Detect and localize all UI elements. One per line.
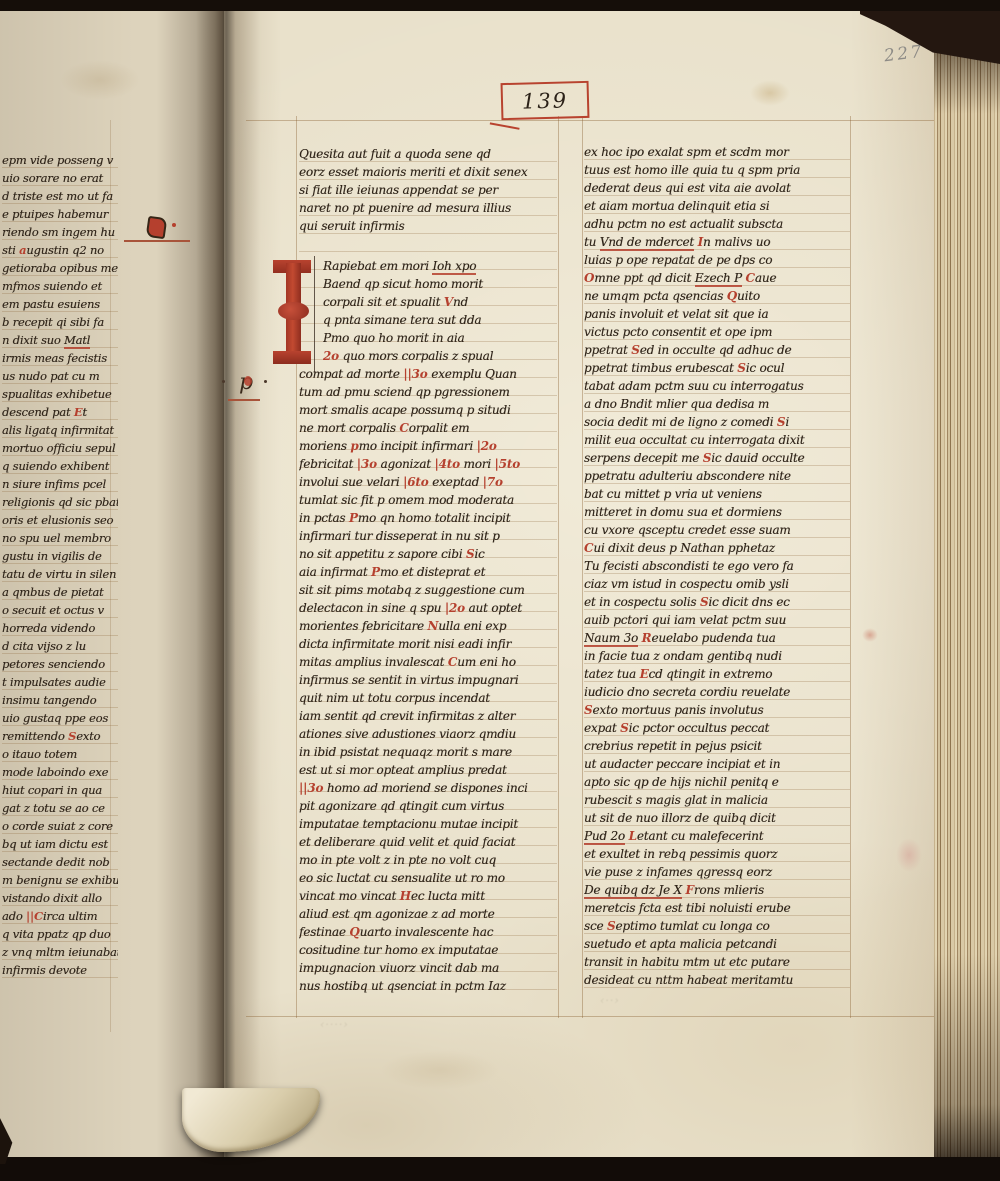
manuscript-line: suetudo et apta malicia petcandi <box>584 936 850 954</box>
manuscript-line: a dno Bndit mlier qua dedisa m <box>584 396 850 414</box>
manuscript-line: getioraba opibus me <box>2 260 118 278</box>
manuscript-line: tatez tua Ecd qtingit in extremo <box>584 666 850 684</box>
manuscript-line: o itauo totem <box>2 746 118 764</box>
manuscript-line: mo in pte volt z in pte no volt cuq <box>299 852 557 870</box>
manuscript-line: Baend qp sicut homo morit <box>323 276 557 294</box>
manuscript-line: naret no pt puenire ad mesura illius <box>299 200 557 218</box>
manuscript-line: uio sorare no erat <box>2 170 118 188</box>
manuscript-line: bq ut iam dictu est <box>2 836 118 854</box>
manuscript-line: q pnta simane tera sut dda <box>323 312 557 330</box>
manuscript-line: delectacon in sine q spu |2o aut optet <box>299 600 557 618</box>
manuscript-line: in ibid psistat nequaqz morit s mare <box>299 744 557 762</box>
chapter-text: Rapiebat em mori Ioh xpoBaend qp sicut h… <box>299 258 557 996</box>
manuscript-line: infirmis devote <box>2 962 118 980</box>
manuscript-line: involui sue velari |6to exeptad |7o <box>299 474 557 492</box>
manuscript-line: et in cospectu solis Sic dicit dns ec <box>584 594 850 612</box>
manuscript-line: expat Sic pctor occultus peccat <box>584 720 850 738</box>
manuscript-line: z vnq mltm ieiunabat <box>2 944 118 962</box>
manuscript-line: ex hoc ipo exalat spm et scdm mor <box>584 144 850 162</box>
manuscript-line: aia infirmat Pmo et disteprat et <box>299 564 557 582</box>
red-blob <box>244 376 252 386</box>
manuscript-line: est ut si mor opteat amplius predat <box>299 762 557 780</box>
verso-show-through: ‹··› <box>600 994 620 1007</box>
chapter-block: I Rapiebat em mori Ioh xpoBaend qp sicut… <box>299 258 557 996</box>
manuscript-line: et exultet in rebq pessimis quorz <box>584 846 850 864</box>
manuscript-line: rubescit s magis glat in malicia <box>584 792 850 810</box>
bottom-ruling-line <box>246 1016 934 1017</box>
manuscript-line: horreda videndo <box>2 620 118 638</box>
manuscript-line: tuus est homo ille quia tu q spm pria <box>584 162 850 180</box>
manuscript-line: Naum 3o Reuelabo pudenda tua <box>584 630 850 648</box>
column-ruling-line <box>850 116 851 1018</box>
manuscript-line: mitteret in domu sua et dormiens <box>584 504 850 522</box>
manuscript-line: o secuit et octus v <box>2 602 118 620</box>
manuscript-line: dederat deus qui est vita aie avolat <box>584 180 850 198</box>
manuscript-line: eorz esset maioris meriti et dixit senex <box>299 164 557 182</box>
manuscript-line: eo sic luctat cu sensualite ut ro mo <box>299 870 557 888</box>
manuscript-line: o corde suiat z core <box>2 818 118 836</box>
margin-signature-mark: p <box>224 370 268 420</box>
photo-background-bottom <box>0 1157 1000 1181</box>
manuscript-line: vistando dixit allo <box>2 890 118 908</box>
manuscript-line: desideat cu nttm habeat meritamtu <box>584 972 850 990</box>
manuscript-line: cu vxore qsceptu credet esse suam <box>584 522 850 540</box>
manuscript-line: religionis qd sic pbat <box>2 494 118 512</box>
manuscript-line: iam sentit qd crevit infirmitas z alter <box>299 708 557 726</box>
manuscript-line: mfmos suiendo et <box>2 278 118 296</box>
manuscript-line: serpens decepit me Sic dauid occulte <box>584 450 850 468</box>
manuscript-line: milit eua occultat cu interrogata dixit <box>584 432 850 450</box>
manuscript-line: em pastu esuiens <box>2 296 118 314</box>
manuscript-line: ||3o homo ad moriend se dispones inci <box>299 780 557 798</box>
manuscript-line: ut sit de nuo illorz de quibq dicit <box>584 810 850 828</box>
manuscript-line: mitas amplius invalescat Cum eni ho <box>299 654 557 672</box>
manuscript-line: impugnacion viuorz vincit dab ma <box>299 960 557 978</box>
manuscript-line: infirmus se sentit in virtus impugnari <box>299 672 557 690</box>
manuscript-line: n siure infims pcel <box>2 476 118 494</box>
manuscript-line: quit nim ut totu corpus incendat <box>299 690 557 708</box>
manuscript-line: Pud 2o Letant cu malefecerint <box>584 828 850 846</box>
manuscript-line: moriens pmo incipit infirmari |2o <box>299 438 557 456</box>
manuscript-line: riendo sm ingem hu <box>2 224 118 242</box>
manuscript-line: Quesita aut fuit a quoda sene qd <box>299 146 557 164</box>
manuscript-line: infirmari tur disseperat in nu sit p <box>299 528 557 546</box>
manuscript-line: ationes sive adustiones viaorz qmdiu <box>299 726 557 744</box>
manuscript-line: n dixit suo Matl <box>2 332 118 350</box>
manuscript-line: insimu tangendo <box>2 692 118 710</box>
column-ruling-line <box>558 116 559 1018</box>
manuscript-line: ciaz vm istud in cospectu omib ysli <box>584 576 850 594</box>
pilcrow-diamond-icon <box>146 216 168 239</box>
manuscript-line: b recepit qi sibi fa <box>2 314 118 332</box>
column-ruling-line <box>582 116 583 1018</box>
manuscript-line: in pctas Pmo qn homo totalit incipit <box>299 510 557 528</box>
manuscript-line: iudicio dno secreta cordiu reuelate <box>584 684 850 702</box>
manuscript-line: Pmo quo ho morit in aia <box>323 330 557 348</box>
manuscript-line: descend pat Et <box>2 404 118 422</box>
manuscript-line: sit sit pims motabq z suggestione cum <box>299 582 557 600</box>
manuscript-line: ne mort corpalis Corpalit em <box>299 420 557 438</box>
manuscript-line: festinae Quarto invalescente hac <box>299 924 557 942</box>
manuscript-line: bat cu mittet p vria ut veniens <box>584 486 850 504</box>
manuscript-line: epm vide posseng v <box>2 152 118 170</box>
manuscript-line: q vita ppatz qp duo <box>2 926 118 944</box>
manuscript-line: Rapiebat em mori Ioh xpo <box>323 258 557 276</box>
manuscript-line: sti augustin q2 no <box>2 242 118 260</box>
manuscript-line: ado ||Circa ultim <box>2 908 118 926</box>
manuscript-line: tumlat sic fit p omem mod moderata <box>299 492 557 510</box>
top-ruling-line <box>246 120 934 121</box>
manuscript-line: tabat adam pctm suu cu interrogatus <box>584 378 850 396</box>
manuscript-line: socia dedit mi de ligno z comedi Si <box>584 414 850 432</box>
manuscript-line: pit agonizare qd qtingit cum virtus <box>299 798 557 816</box>
manuscript-line: vincat mo vincat Hec lucta mitt <box>299 888 557 906</box>
manuscript-line: meretcis fcta est tibi noluisti erube <box>584 900 850 918</box>
manuscript-line: mortuo officiu sepul <box>2 440 118 458</box>
manuscript-line: petores senciendo <box>2 656 118 674</box>
manuscript-line: sectande dedit nob <box>2 854 118 872</box>
manuscript-line: corpali sit et spualit Vnd <box>323 294 557 312</box>
manuscript-line: spualitas exhibetue <box>2 386 118 404</box>
margin-paragraph-mark: D <box>142 214 176 248</box>
initial-letter-shape <box>273 260 315 364</box>
manuscript-line: vie puse z infames qgressq eorz <box>584 864 850 882</box>
manuscript-line: alis ligatq infirmitat <box>2 422 118 440</box>
decorated-initial-I: I <box>273 260 315 364</box>
manuscript-line: ppetratu adulteriu abscondere nite <box>584 468 850 486</box>
manuscript-line: aliud est qm agonizae z ad morte <box>299 906 557 924</box>
center-text-column: Quesita aut fuit a quoda sene qdeorz ess… <box>299 146 557 996</box>
manuscript-photo: 139 227 D p epm vide posseng vuio sorare… <box>0 0 1000 1181</box>
manuscript-line: Sexto mortuus panis involutus <box>584 702 850 720</box>
manuscript-line: ut audacter peccare incipiat et in <box>584 756 850 774</box>
manuscript-line: et deliberare quid velit et quid faciat <box>299 834 557 852</box>
manuscript-line: si fiat ille ieiunas appendat se per <box>299 182 557 200</box>
manuscript-line: victus pcto consentit et ope ipm <box>584 324 850 342</box>
manuscript-line: a qmbus de pietat <box>2 584 118 602</box>
manuscript-line: 2o quo mors corpalis z spual <box>323 348 557 366</box>
block-gap <box>299 236 557 258</box>
right-text-column: ex hoc ipo exalat spm et scdm mortuus es… <box>584 144 850 990</box>
manuscript-line: imputatae temptacionu mutae incipit <box>299 816 557 834</box>
red-underline <box>124 240 190 242</box>
manuscript-line: no spu uel membro <box>2 530 118 548</box>
manuscript-line: e ptuipes habemur <box>2 206 118 224</box>
manuscript-line: tum ad pmu sciend qp pgressionem <box>299 384 557 402</box>
manuscript-line: dicta infirmitate morit nisi eadi infir <box>299 636 557 654</box>
manuscript-line: us nudo pat cu m <box>2 368 118 386</box>
manuscript-line: compat ad morte ||3o exemplu Quan <box>299 366 557 384</box>
manuscript-line: sce Septimo tumlat cu longa co <box>584 918 850 936</box>
manuscript-line: uio gustaq ppe eos <box>2 710 118 728</box>
manuscript-line: febricitat |3o agonizat |4to mori |5to <box>299 456 557 474</box>
manuscript-line: gustu in vigilis de <box>2 548 118 566</box>
manuscript-line: tatu de virtu in silen <box>2 566 118 584</box>
ink-dot <box>222 380 225 383</box>
manuscript-line: oris et elusionis seo <box>2 512 118 530</box>
quaestio-block: Quesita aut fuit a quoda sene qdeorz ess… <box>299 146 557 236</box>
manuscript-line: m benignu se exhibu <box>2 872 118 890</box>
manuscript-line: q suiendo exhibent <box>2 458 118 476</box>
fore-edge-page-stack <box>934 24 1000 1164</box>
manuscript-line: ppetrat Sed in occulte qd adhuc de <box>584 342 850 360</box>
manuscript-line: in facie tua z ondam gentibq nudi <box>584 648 850 666</box>
manuscript-line: remittendo Sexto <box>2 728 118 746</box>
column-ruling-line <box>296 116 297 1018</box>
manuscript-line: hiut copari in qua <box>2 782 118 800</box>
manuscript-line: crebrius repetit in pejus psicit <box>584 738 850 756</box>
manuscript-line: Tu fecisti abscondisti te ego vero fa <box>584 558 850 576</box>
manuscript-line: Cui dixit deus p Nathan pphetaz <box>584 540 850 558</box>
manuscript-line: no sit appetitu z sapore cibi Sic <box>299 546 557 564</box>
manuscript-line: mort smalis acape possumq p situdi <box>299 402 557 420</box>
left-text-column: epm vide posseng vuio sorare no eratd tr… <box>2 152 118 980</box>
manuscript-line: luias p ope repatat de pe dps co <box>584 252 850 270</box>
manuscript-line: tu Vnd de mdercet In malivs uo <box>584 234 850 252</box>
photo-background-top <box>0 0 1000 11</box>
manuscript-line: morientes febricitare Nulla eni exp <box>299 618 557 636</box>
manuscript-line: adhu pctm no est actualit subscta <box>584 216 850 234</box>
manuscript-line: nus hostibq ut qsenciat in pctm Iaz <box>299 978 557 996</box>
manuscript-line: ne umqm pcta qsencias Quito <box>584 288 850 306</box>
manuscript-line: Omne ppt qd dicit Ezech P Caue <box>584 270 850 288</box>
manuscript-line: cositudine tur homo ex imputatae <box>299 942 557 960</box>
verso-show-through: ‹····› <box>320 1018 540 1031</box>
manuscript-line: apto sic qp de hijs nichil penitq e <box>584 774 850 792</box>
manuscript-line: d cita vijso z lu <box>2 638 118 656</box>
manuscript-line: t impulsates audie <box>2 674 118 692</box>
manuscript-line: De quibq dz Je X Frons mlieris <box>584 882 850 900</box>
manuscript-line: gat z totu se ao ce <box>2 800 118 818</box>
manuscript-line: mode laboindo exe <box>2 764 118 782</box>
red-underline <box>228 399 260 401</box>
manuscript-line: ppetrat timbus erubescat Sic ocul <box>584 360 850 378</box>
manuscript-line: irmis meas fecistis <box>2 350 118 368</box>
header-number-box: 139 <box>501 81 590 120</box>
manuscript-line: qui seruit infirmis <box>299 218 557 236</box>
manuscript-line: d triste est mo ut fa <box>2 188 118 206</box>
ink-dot <box>264 380 267 383</box>
manuscript-line: auib pctori qui iam velat pctm suu <box>584 612 850 630</box>
manuscript-line: et aiam mortua delinquit etia si <box>584 198 850 216</box>
manuscript-line: panis involuit et velat sit que ia <box>584 306 850 324</box>
red-dot <box>172 223 176 227</box>
manuscript-line: transit in habitu mtm ut etc putare <box>584 954 850 972</box>
